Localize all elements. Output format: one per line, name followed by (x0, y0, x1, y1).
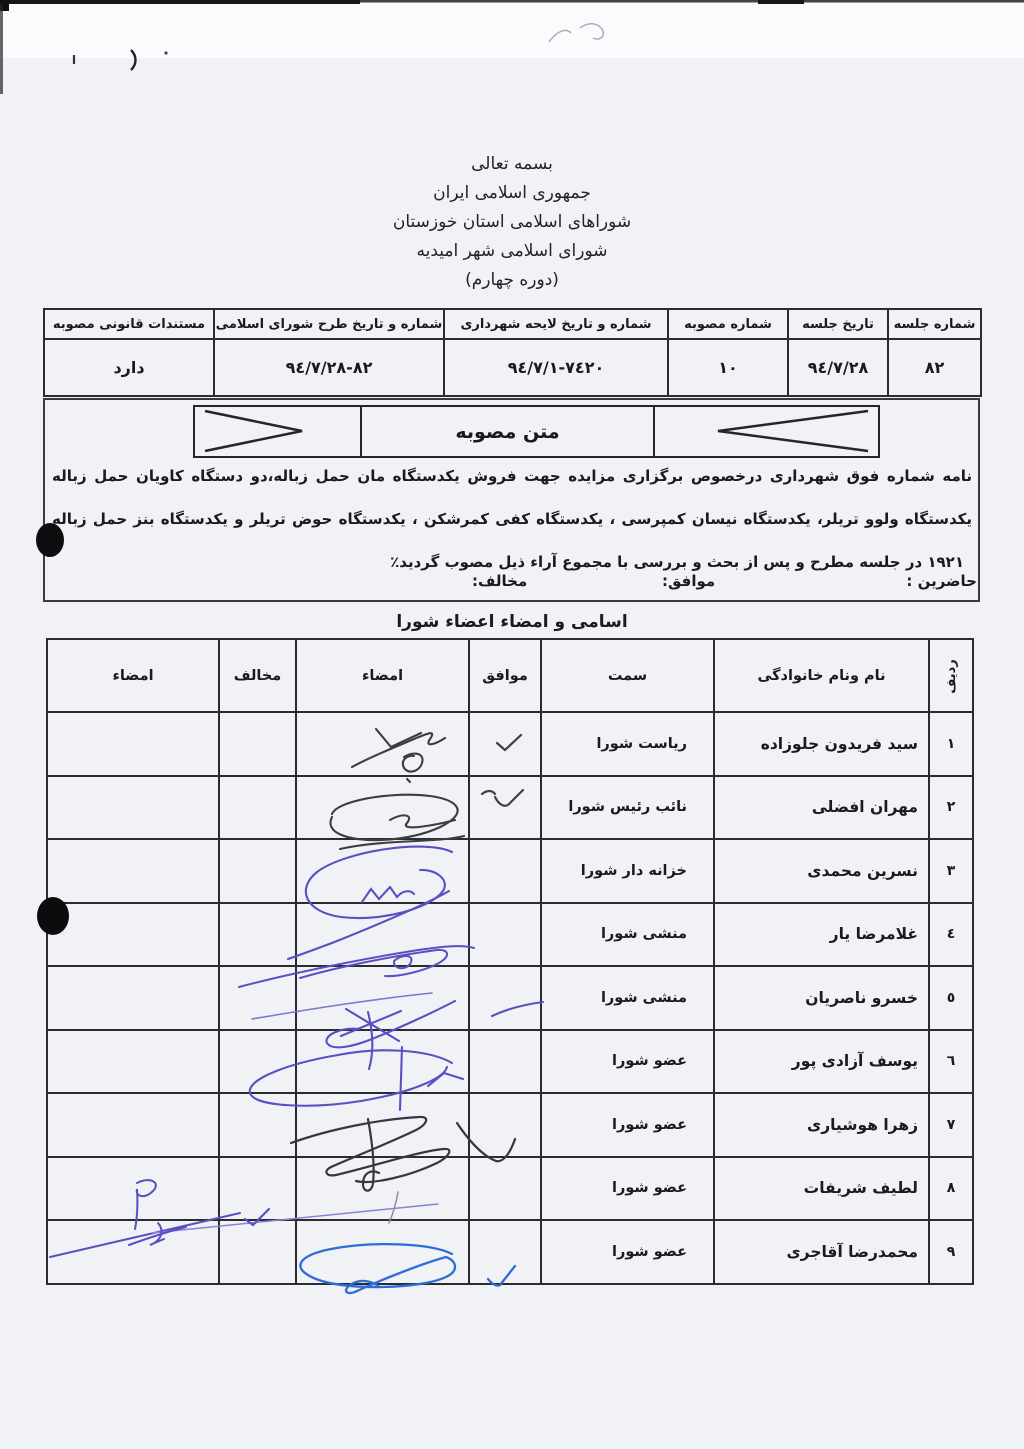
header-legal-docs: مستندات قانونی مصوبه (44, 309, 214, 339)
agree-cell (469, 1093, 541, 1157)
member-name: یوسف آزادی پور (714, 1030, 929, 1094)
member-position: عضو شورا (541, 1157, 714, 1221)
banner-right-ribbon (655, 407, 878, 456)
member-position: عضو شورا (541, 1030, 714, 1094)
member-row-9: ٩ محمدرضا آقاجری عضو شورا (47, 1220, 973, 1284)
signature-oppose-cell (47, 1093, 219, 1157)
member-name: نسرین محمدی (714, 839, 929, 903)
resolution-line-2: یکدستگاه ولوو تریلر، یکدستگاه نیسان کمپر… (52, 507, 972, 531)
value-legal-docs: دارد (44, 339, 214, 396)
agree-cell (469, 839, 541, 903)
header-signature-oppose: امضاء (47, 639, 219, 712)
header-municipality-bill: شماره و تاریخ لایحه شهرداری (444, 309, 668, 339)
letterhead-line-basmala: بسمه تعالی (0, 150, 1024, 179)
oppose-cell (219, 1157, 296, 1221)
value-session-date: ٩٤/٧/٢٨ (788, 339, 888, 396)
agree-cell (469, 712, 541, 776)
letterhead-line-country: جمهوری اسلامی ایران (0, 179, 1024, 208)
signature-oppose-cell (47, 903, 219, 967)
row-number: ٩ (929, 1220, 973, 1284)
members-header-row: ردیف نام ونام خانوادگی سمت موافق امضاء م… (47, 639, 973, 712)
signature-oppose-cell (47, 712, 219, 776)
chevron-left-icon (655, 407, 878, 456)
header-row-number: ردیف (929, 639, 973, 712)
member-row-8: ٨ لطیف شریفات عضو شورا (47, 1157, 973, 1221)
member-position: خزانه دار شورا (541, 839, 714, 903)
agree-cell (469, 1157, 541, 1221)
oppose-cell (219, 903, 296, 967)
row-number: ٣ (929, 839, 973, 903)
resolution-banner: متن مصوبه (193, 405, 880, 458)
scan-top-margin (0, 0, 1024, 58)
letterhead-line-city-council: شورای اسلامی شهر امیدیه (0, 237, 1024, 266)
oppose-cell (219, 1030, 296, 1094)
member-name: سید فریدون جلوزاده (714, 712, 929, 776)
header-session-number: شماره جلسه (888, 309, 981, 339)
member-name: زهرا هوشیاری (714, 1093, 929, 1157)
member-name: خسرو ناصریان (714, 966, 929, 1030)
resolution-line-1: نامه شماره فوق شهرداری درخصوص برگزاری مز… (52, 464, 972, 488)
signature-cell (296, 839, 469, 903)
members-table-title: اسامی و امضاء اعضاء شورا (0, 612, 1024, 632)
agree-cell (469, 1220, 541, 1284)
header-position: سمت (541, 639, 714, 712)
present-label: حاضرین : (906, 572, 977, 590)
member-name: لطیف شریفات (714, 1157, 929, 1221)
signature-cell (296, 712, 469, 776)
row-number: ٧ (929, 1093, 973, 1157)
member-row-3: ٣ نسرین محمدی خزانه دار شورا (47, 839, 973, 903)
signature-cell (296, 1030, 469, 1094)
row-number: ٤ (929, 903, 973, 967)
signature-cell (296, 1157, 469, 1221)
oppose-cell (219, 712, 296, 776)
row-number: ٦ (929, 1030, 973, 1094)
banner-title: متن مصوبه (455, 421, 559, 443)
attendance-line: حاضرین : موافق: مخالف: (0, 572, 1024, 596)
header-session-date: تاریخ جلسه (788, 309, 888, 339)
member-row-2: ٢ مهران افضلی نائب رئیس شورا (47, 776, 973, 840)
signature-cell (296, 903, 469, 967)
letterhead-line-term: (دوره چهارم) (0, 266, 1024, 295)
resolution-text: نامه شماره فوق شهرداری درخصوص برگزاری مز… (52, 464, 972, 574)
info-header-row: شماره جلسه تاریخ جلسه شماره مصوبه شماره … (44, 309, 981, 339)
signature-cell (296, 776, 469, 840)
member-row-5: ٥ خسرو ناصریان منشی شورا (47, 966, 973, 1030)
oppose-cell (219, 1093, 296, 1157)
members-table: ردیف نام ونام خانوادگی سمت موافق امضاء م… (46, 638, 974, 1285)
value-resolution-number: ١٠ (668, 339, 788, 396)
member-row-4: ٤ غلامرضا یار منشی شورا (47, 903, 973, 967)
banner-left-ribbon (195, 407, 360, 456)
session-info-table: شماره جلسه تاریخ جلسه شماره مصوبه شماره … (43, 308, 982, 397)
oppose-cell (219, 839, 296, 903)
oppose-cell (219, 776, 296, 840)
member-position: منشی شورا (541, 966, 714, 1030)
value-session-number: ٨٢ (888, 339, 981, 396)
header-signature-agree: امضاء (296, 639, 469, 712)
banner-title-box: متن مصوبه (360, 407, 655, 456)
member-position: عضو شورا (541, 1093, 714, 1157)
value-council-plan: ٩٤/٧/٢٨-٨٢ (214, 339, 444, 396)
member-position: منشی شورا (541, 903, 714, 967)
signature-oppose-cell (47, 1220, 219, 1284)
signature-oppose-cell (47, 1030, 219, 1094)
signature-cell (296, 966, 469, 1030)
signature-cell (296, 1093, 469, 1157)
letterhead-line-province-councils: شوراهای اسلامی استان خوزستان (0, 208, 1024, 237)
member-position: عضو شورا (541, 1220, 714, 1284)
signature-cell (296, 1220, 469, 1284)
chevron-right-icon (195, 407, 360, 456)
signature-oppose-cell (47, 1157, 219, 1221)
oppose-cell (219, 966, 296, 1030)
oppose-label: مخالف: (472, 572, 527, 590)
agree-cell (469, 1030, 541, 1094)
signature-oppose-cell (47, 839, 219, 903)
member-position: نائب رئیس شورا (541, 776, 714, 840)
member-name: محمدرضا آقاجری (714, 1220, 929, 1284)
header-council-plan: شماره و تاریخ طرح شورای اسلامی (214, 309, 444, 339)
value-municipality-bill: ٩٤/٧/١-٧٤٢٠ (444, 339, 668, 396)
header-full-name: نام ونام خانوادگی (714, 639, 929, 712)
header-oppose: مخالف (219, 639, 296, 712)
row-number: ٨ (929, 1157, 973, 1221)
member-row-7: ٧ زهرا هوشیاری عضو شورا (47, 1093, 973, 1157)
agree-label: موافق: (662, 572, 715, 590)
header-agree: موافق (469, 639, 541, 712)
signature-oppose-cell (47, 776, 219, 840)
member-name: غلامرضا یار (714, 903, 929, 967)
agree-cell (469, 966, 541, 1030)
info-value-row: ٨٢ ٩٤/٧/٢٨ ١٠ ٩٤/٧/١-٧٤٢٠ ٩٤/٧/٢٨-٨٢ دار… (44, 339, 981, 396)
agree-cell (469, 776, 541, 840)
resolution-line-3: ١٩٢١ در جلسه مطرح و پس از بحث و بررسی با… (52, 550, 972, 574)
row-number: ١ (929, 712, 973, 776)
member-row-1: ١ سید فریدون جلوزاده ریاست شورا (47, 712, 973, 776)
letterhead: بسمه تعالی جمهوری اسلامی ایران شوراهای ا… (0, 150, 1024, 295)
member-position: ریاست شورا (541, 712, 714, 776)
row-number: ٢ (929, 776, 973, 840)
signature-oppose-cell (47, 966, 219, 1030)
row-number: ٥ (929, 966, 973, 1030)
member-name: مهران افضلی (714, 776, 929, 840)
scanned-council-resolution-page: بسمه تعالی جمهوری اسلامی ایران شوراهای ا… (0, 0, 1024, 1449)
agree-cell (469, 903, 541, 967)
oppose-cell (219, 1220, 296, 1284)
member-row-6: ٦ یوسف آزادی پور عضو شورا (47, 1030, 973, 1094)
header-resolution-number: شماره مصوبه (668, 309, 788, 339)
